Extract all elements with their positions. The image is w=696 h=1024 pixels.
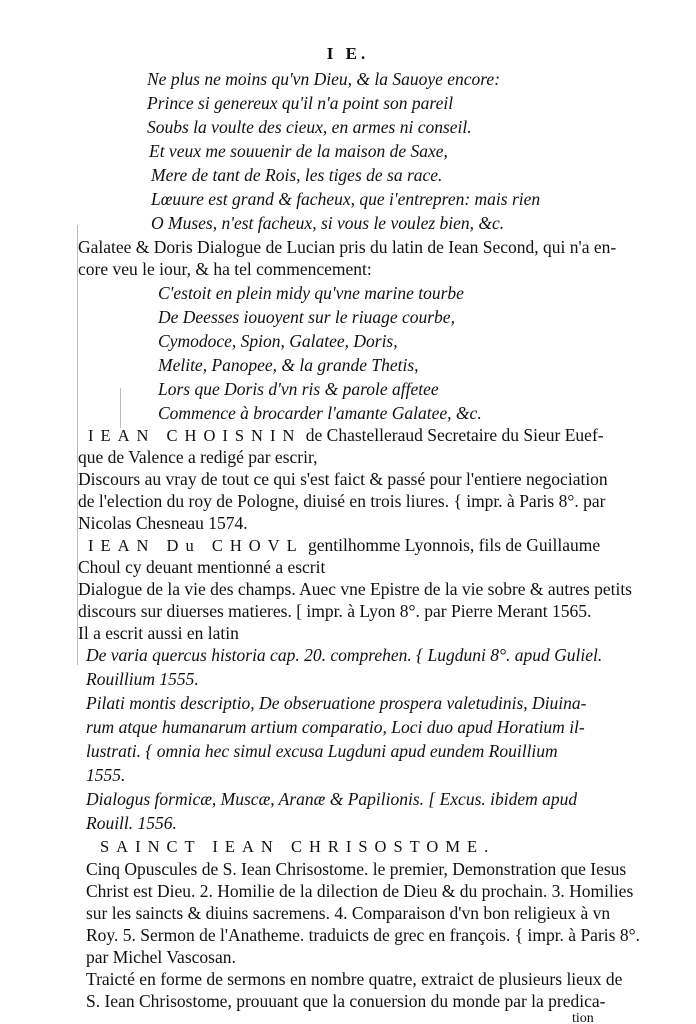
text-line: par Michel Vascosan. [86, 946, 236, 968]
verse-line: C'estoit en plein midy qu'vne marine tou… [158, 282, 464, 304]
text-line: gentilhomme Lyonnois, fils de Guillaume [304, 535, 601, 555]
text-line: Traicté en forme de sermons en nombre qu… [86, 968, 622, 990]
verse-line: De Deesses iouoyent sur le riuage courbe… [158, 306, 455, 328]
text-line: Discours au vray de tout ce qui s'est fa… [78, 468, 608, 490]
text-line: S. Iean Chrisostome, prouuant que la con… [86, 990, 606, 1012]
text-line: discours sur diuerses matieres. [ impr. … [78, 600, 591, 622]
verse-line: O Muses, n'est facheux, si vous le voule… [151, 212, 504, 234]
text-line: core veu le iour, & ha tel commencement: [78, 258, 372, 280]
text-line: de l'election du roy de Pologne, diuisé … [78, 490, 605, 512]
latin-line: Rouillium 1555. [86, 668, 199, 690]
entry-heading: IEAN CHOISNIN de Chastelleraud Secretair… [88, 424, 604, 447]
latin-line: De varia quercus historia cap. 20. compr… [86, 644, 602, 666]
latin-line: Dialogus formicæ, Muscæ, Aranæ & Papilio… [86, 788, 577, 810]
text-line: Nicolas Chesneau 1574. [78, 512, 248, 534]
text-line: de Chastelleraud Secretaire du Sieur Eue… [301, 425, 603, 445]
verse-line: Lœuure est grand & facheux, que i'entrep… [151, 188, 540, 210]
entry-heading: SAINCT IEAN CHRISOSTOME. [100, 836, 495, 858]
verse-line: Cymodoce, Spion, Galatee, Doris, [158, 330, 398, 352]
text-line: Cinq Opuscules de S. Iean Chrisostome. l… [86, 858, 626, 880]
latin-line: 1555. [86, 764, 125, 786]
page-signature: I E. [0, 44, 696, 64]
book-page: I E. Ne plus ne moins qu'vn Dieu, & la S… [0, 0, 696, 1024]
latin-line: rum atque humanarum artium comparatio, L… [86, 716, 585, 738]
text-line: que de Valence a redigé par escrir, [78, 446, 317, 468]
verse-line: Et veux me souuenir de la maison de Saxe… [149, 140, 448, 162]
latin-line: Rouill. 1556. [86, 812, 177, 834]
text-line: Christ est Dieu. 2. Homilie de la dilect… [86, 880, 633, 902]
verse-line: Prince si genereux qu'il n'a point son p… [147, 92, 453, 114]
text-line: Roy. 5. Sermon de l'Anatheme. traduicts … [86, 924, 640, 946]
verse-line: Ne plus ne moins qu'vn Dieu, & la Sauoye… [147, 68, 500, 90]
latin-line: Pilati montis descriptio, De obseruation… [86, 692, 587, 714]
verse-line: Melite, Panopee, & la grande Thetis, [158, 354, 419, 376]
verse-line: Soubs la voulte des cieux, en armes ni c… [147, 116, 472, 138]
author-name: IEAN CHOISNIN [88, 426, 301, 445]
text-line: Il a escrit aussi en latin [78, 622, 239, 644]
latin-line: lustrati. { omnia hec simul excusa Lugdu… [86, 740, 558, 762]
text-line: sur les saincts & diuins sacremens. 4. C… [86, 902, 610, 924]
author-name: IEAN Du CHOVL [88, 536, 304, 555]
verse-line: Commence à brocarder l'amante Galatee, &… [158, 402, 482, 424]
text-line: Dialogue de la vie des champs. Auec vne … [78, 578, 632, 600]
margin-mark [120, 388, 121, 428]
verse-line: Lors que Doris d'vn ris & parole affetee [158, 378, 439, 400]
catchword: tion [572, 1008, 594, 1024]
verse-line: Mere de tant de Rois, les tiges de sa ra… [151, 164, 442, 186]
text-line: Galatee & Doris Dialogue de Lucian pris … [78, 236, 616, 258]
entry-heading: IEAN Du CHOVL gentilhomme Lyonnois, fils… [88, 534, 600, 557]
text-line: Choul cy deuant mentionné a escrit [78, 556, 325, 578]
